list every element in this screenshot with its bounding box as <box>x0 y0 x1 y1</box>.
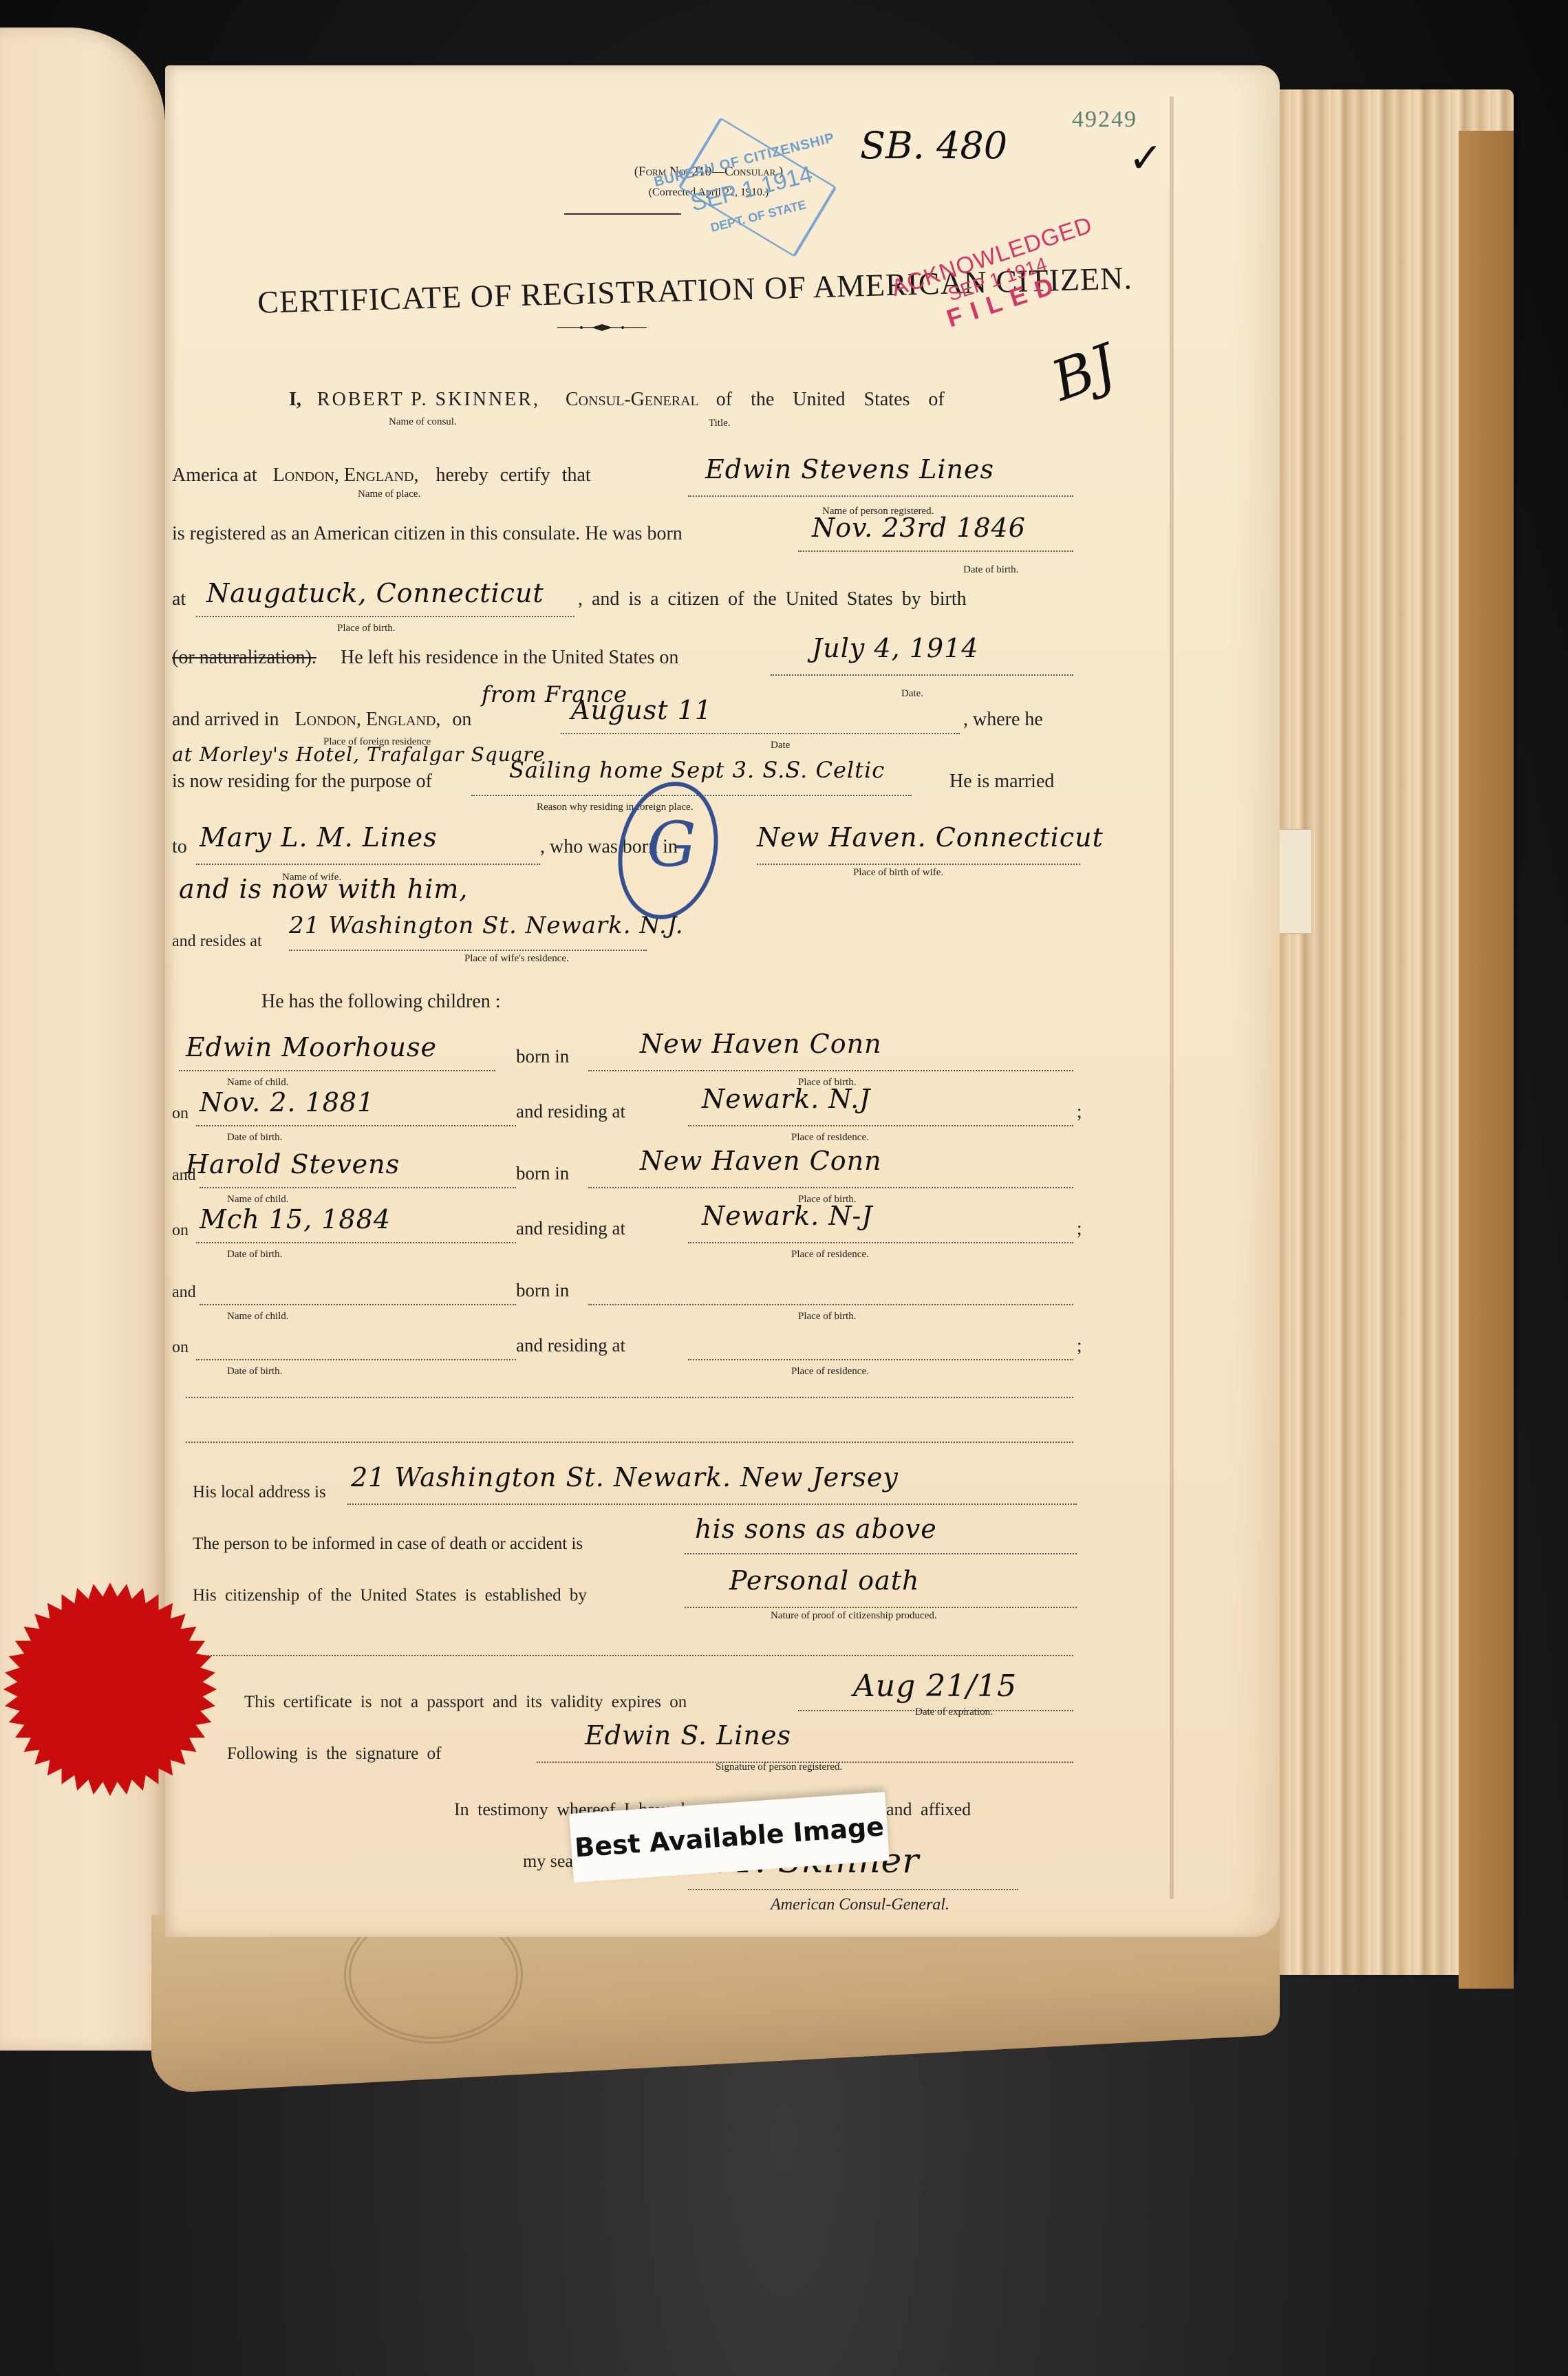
expiration-date: Aug 21/15 <box>853 1669 1017 1704</box>
inserted-hotel-note: at Morley's Hotel, Trafalgar Square <box>172 743 545 766</box>
consulate-place: London, England, <box>273 464 419 486</box>
page-tab-marker <box>1276 829 1312 934</box>
checkmark-icon: ✓ <box>1128 134 1163 182</box>
ornament-divider-icon <box>557 323 647 332</box>
consul-title: Consul-General <box>566 389 699 410</box>
file-number: 49249 <box>1072 107 1137 133</box>
inserted-wife-note: and is now with him, <box>179 874 468 904</box>
child-birth-place: New Haven Conn <box>640 1029 882 1059</box>
wife-name: Mary L. M. Lines <box>200 822 438 853</box>
wife-residence: 21 Washington St. Newark. N.J. <box>289 912 684 939</box>
child-birth-date: Nov. 2. 1881 <box>200 1087 374 1117</box>
red-seal-icon <box>0 1576 220 1803</box>
birth-place: Naugatuck, Connecticut <box>206 578 544 608</box>
emergency-contact: his sons as above <box>695 1514 937 1544</box>
citizenship-proof: Personal oath <box>729 1565 920 1596</box>
child-residence: Newark. N-J <box>702 1201 873 1231</box>
arrival-date: August 11 <box>571 695 712 725</box>
left-us-date: July 4, 1914 <box>812 633 978 663</box>
registered-sentence: is registered as an American citizen in … <box>172 523 683 545</box>
consul-name: ROBERT P. SKINNER, <box>317 389 540 410</box>
child-birth-place: New Haven Conn <box>640 1146 882 1176</box>
registered-person-name: Edwin Stevens Lines <box>705 454 994 484</box>
child-name: Edwin Moorhouse <box>186 1032 437 1062</box>
child-birth-date: Mch 15, 1884 <box>200 1204 391 1234</box>
sb-reference-note: SB. 480 <box>860 124 1007 167</box>
consul-sentence: I, ROBERT P. SKINNER, Consul-General of … <box>289 389 945 411</box>
local-address: 21 Washington St. Newark. New Jersey <box>351 1462 899 1492</box>
certificate-content: SB. 480 49249 ✓ (Form No. 210—Consular.)… <box>165 65 1280 1937</box>
child-residence: Newark. N.J <box>702 1084 870 1114</box>
children-heading: He has the following children : <box>261 991 501 1013</box>
residing-purpose: Sailing home Sept 3. S.S. Celtic <box>509 757 885 783</box>
birth-date: Nov. 23rd 1846 <box>812 513 1026 543</box>
struck-naturalization: (or naturalization). <box>172 647 316 669</box>
registrant-signature: Edwin S. Lines <box>585 1720 791 1751</box>
blue-mark-letter: G <box>647 809 696 881</box>
wife-birth-place: New Haven. Connecticut <box>757 822 1104 853</box>
acknowledged-stamp: ACKNOWLEDGED SEP 1 1914 FILED <box>888 214 1106 345</box>
bureau-of-citizenship-stamp: BUREAU OF CITIZENSHIP SEP 1 1914 DEPT. O… <box>644 122 863 270</box>
place-sentence: America at London, England, hereby certi… <box>172 464 591 486</box>
book-cover-edge <box>1459 131 1514 1989</box>
reviewer-initials: BJ <box>1044 332 1124 413</box>
child-name: Harold Stevens <box>186 1149 400 1179</box>
